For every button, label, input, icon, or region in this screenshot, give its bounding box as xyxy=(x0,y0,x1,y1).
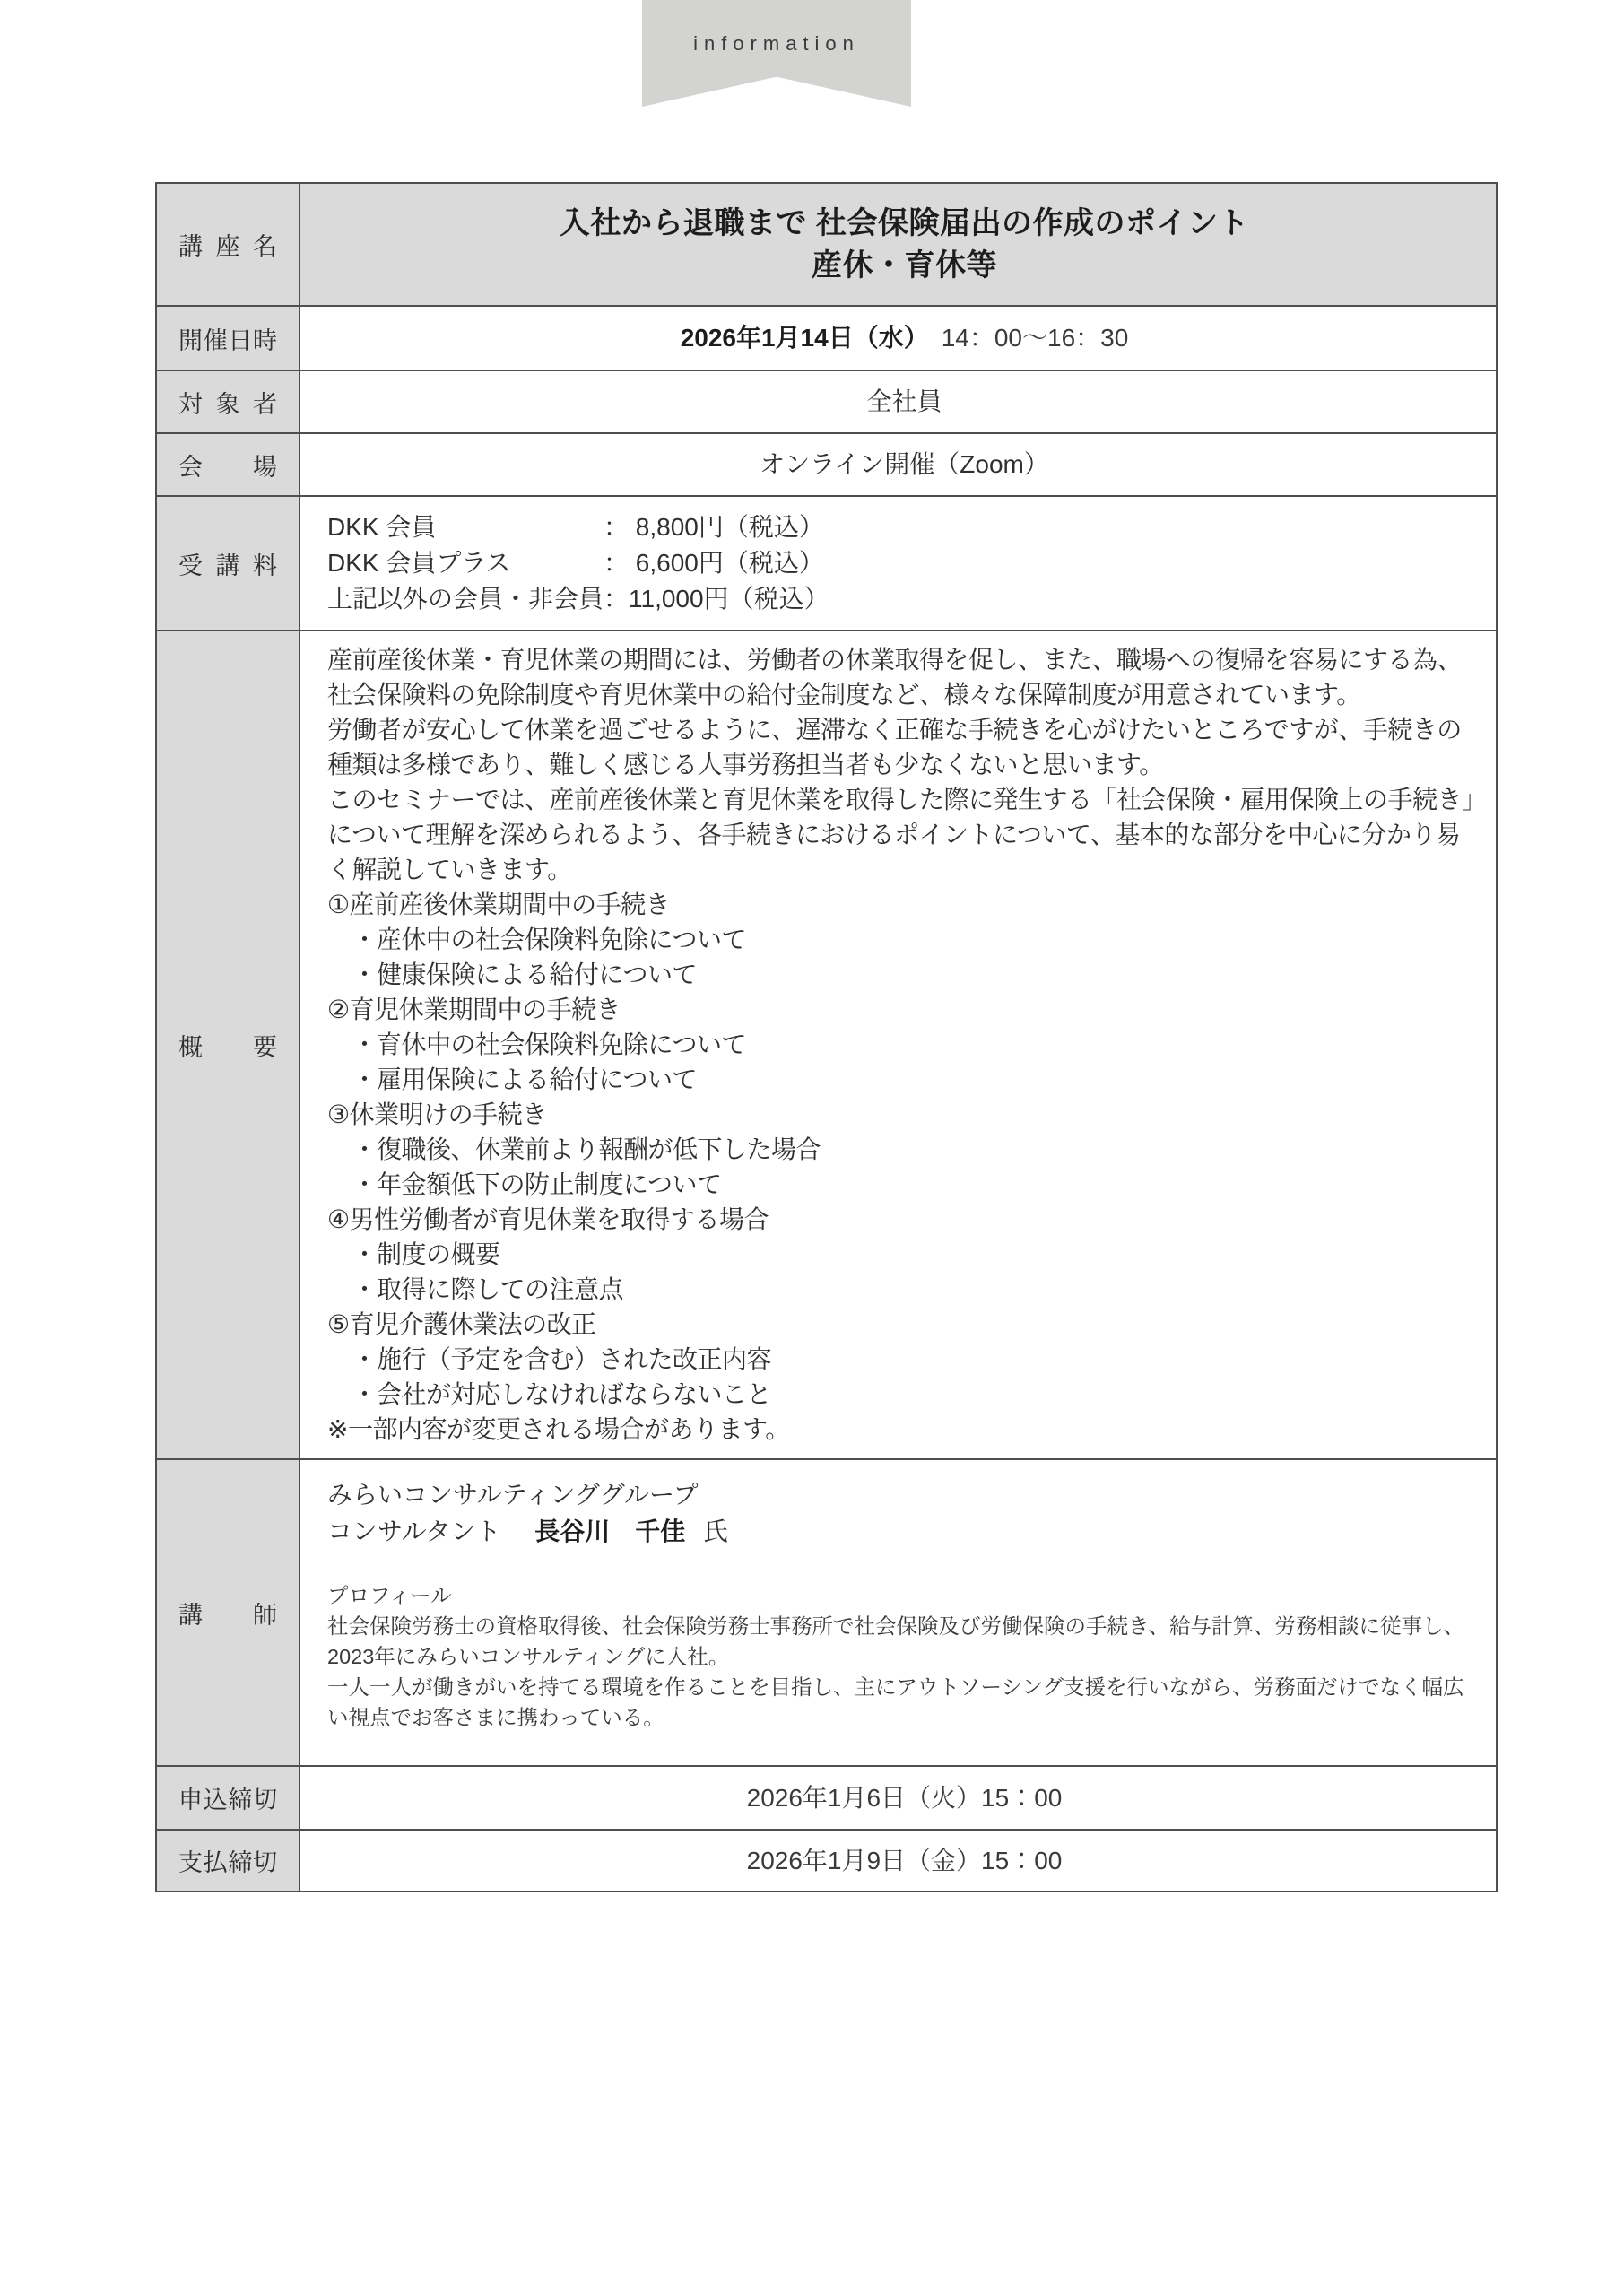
overview-line: 産前産後休業・育児休業の期間には、労働者の休業取得を促し、また、職場への復帰を容… xyxy=(327,642,1481,712)
page: { "banner": { "label": "information" }, … xyxy=(0,0,1624,2296)
seminar-info-table: 講座名 入社から退職まで 社会保険届出の作成のポイント 産休・育休等 開催日時 … xyxy=(155,182,1498,1892)
schedule-label-cell: 開催日時 xyxy=(157,307,300,370)
schedule-date: 2026年1月14日（水） xyxy=(681,320,929,356)
fee-line: DKK 会員プラス ： 6,600円（税込） xyxy=(327,545,1481,581)
overview-line: このセミナーでは、産前産後休業と育児休業を取得した際に発生する「社会保険・雇用保… xyxy=(327,782,1481,887)
course-name-label-cell: 講座名 xyxy=(157,184,300,305)
lecturer-content-cell: みらいコンサルティンググループ コンサルタント 長谷川 千佳 氏 プロフィール … xyxy=(300,1460,1496,1765)
payment-deadline-label-cell: 支払締切 xyxy=(157,1831,300,1891)
fee-label: 受講料 xyxy=(178,546,277,581)
audience-content-cell: 全社員 xyxy=(300,371,1496,432)
overview-line: ※一部内容が変更される場合があります。 xyxy=(327,1412,1481,1447)
course-title-line1: 入社から退職まで 社会保険届出の作成のポイント xyxy=(560,203,1249,245)
overview-line: ・雇用保険による給付について xyxy=(327,1062,1481,1097)
audience-label-cell: 対象者 xyxy=(157,371,300,432)
row-apply-deadline: 申込締切 2026年1月6日（火）15：00 xyxy=(157,1767,1496,1831)
lecturer-profile: 社会保険労務士の資格取得後、社会保険労務士事務所で社会保険及び労働保険の手続き、… xyxy=(327,1611,1481,1733)
row-fee: 受講料 DKK 会員 ： 8,800円（税込） DKK 会員プラス ： 6,60… xyxy=(157,497,1496,631)
lecturer-title-line: コンサルタント 長谷川 千佳 氏 xyxy=(327,1513,1481,1550)
overview-line: ④男性労働者が育児休業を取得する場合 xyxy=(327,1202,1481,1237)
fee-price: 11,000円（税込） xyxy=(629,581,829,617)
payment-deadline-content-cell: 2026年1月9日（金）15：00 xyxy=(300,1831,1496,1891)
lecturer-profile-heading: プロフィール xyxy=(327,1580,1481,1611)
schedule-content-cell: 2026年1月14日（水） 14：00～16：30 xyxy=(300,307,1496,370)
row-schedule: 開催日時 2026年1月14日（水） 14：00～16：30 xyxy=(157,307,1496,371)
fee-price: 8,800円（税込） xyxy=(629,509,824,545)
overview-line: ・会社が対応しなければならないこと xyxy=(327,1377,1481,1412)
venue-content-cell: オンライン開催（Zoom） xyxy=(300,434,1496,495)
overview-line: ・年金額低下の防止制度について xyxy=(327,1167,1481,1202)
overview-line: ・健康保険による給付について xyxy=(327,957,1481,992)
apply-deadline-label: 申込締切 xyxy=(178,1780,277,1815)
schedule-label: 開催日時 xyxy=(178,321,277,356)
overview-line: ・制度の概要 xyxy=(327,1237,1481,1272)
apply-deadline-label-cell: 申込締切 xyxy=(157,1767,300,1829)
overview-label-cell: 概要 xyxy=(157,631,300,1458)
schedule-time: 14：00～16：30 xyxy=(942,320,1129,356)
overview-line: ・育休中の社会保険料免除について xyxy=(327,1027,1481,1062)
lecturer-name: 長谷川 千佳 xyxy=(534,1518,685,1545)
fee-label-cell: 受講料 xyxy=(157,497,300,630)
lecturer-label: 講師 xyxy=(178,1596,277,1631)
overview-line: ③休業明けの手続き xyxy=(327,1097,1481,1132)
overview-content-cell: 産前産後休業・育児休業の期間には、労働者の休業取得を促し、また、職場への復帰を容… xyxy=(300,631,1496,1458)
course-name-content-cell: 入社から退職まで 社会保険届出の作成のポイント 産休・育休等 xyxy=(300,184,1496,305)
row-venue: 会場 オンライン開催（Zoom） xyxy=(157,434,1496,497)
overview-line: ・復職後、休業前より報酬が低下した場合 xyxy=(327,1132,1481,1167)
information-banner-label: information xyxy=(693,32,860,107)
fee-line: DKK 会員 ： 8,800円（税込） xyxy=(327,509,1481,545)
lecturer-profile-paragraph: 社会保険労務士の資格取得後、社会保険労務士事務所で社会保険及び労働保険の手続き、… xyxy=(327,1611,1481,1672)
fee-price: 6,600円（税込） xyxy=(629,545,824,581)
overview-line: ・産休中の社会保険料免除について xyxy=(327,922,1481,957)
fee-member-type: DKK 会員プラス xyxy=(327,545,604,581)
overview-line: 労働者が安心して休業を過ごせるように、遅滞なく正確な手続きを心がけたいところです… xyxy=(327,712,1481,782)
fee-colon: ： xyxy=(604,545,629,581)
information-banner: information xyxy=(642,0,911,107)
overview-line: ①産前産後休業期間中の手続き xyxy=(327,887,1481,922)
fee-member-type: DKK 会員 xyxy=(327,509,604,545)
overview-line: ⑤育児介護休業法の改正 xyxy=(327,1307,1481,1342)
fee-colon: ： xyxy=(604,581,629,617)
payment-deadline-value: 2026年1月9日（金）15：00 xyxy=(747,1843,1063,1879)
lecturer-role: コンサルタント xyxy=(327,1518,500,1545)
audience-value: 全社員 xyxy=(866,384,942,420)
fee-colon: ： xyxy=(604,509,629,545)
apply-deadline-content-cell: 2026年1月6日（火）15：00 xyxy=(300,1767,1496,1829)
audience-label: 対象者 xyxy=(178,385,277,420)
overview-line: ・取得に際しての注意点 xyxy=(327,1272,1481,1307)
overview-line: ・施行（予定を含む）された改正内容 xyxy=(327,1342,1481,1377)
lecturer-profile-paragraph: 一人一人が働きがいを持てる環境を作ることを目指し、主にアウトソーシング支援を行い… xyxy=(327,1672,1481,1733)
course-name-label: 講座名 xyxy=(178,227,277,262)
lecturer-company: みらいコンサルティンググループ xyxy=(327,1476,1481,1513)
venue-label-cell: 会場 xyxy=(157,434,300,495)
row-audience: 対象者 全社員 xyxy=(157,371,1496,434)
fee-line: 上記以外の会員・非会員 ： 11,000円（税込） xyxy=(327,581,1481,617)
row-overview: 概要 産前産後休業・育児休業の期間には、労働者の休業取得を促し、また、職場への復… xyxy=(157,631,1496,1460)
apply-deadline-value: 2026年1月6日（火）15：00 xyxy=(747,1780,1063,1816)
row-course-name: 講座名 入社から退職まで 社会保険届出の作成のポイント 産休・育休等 xyxy=(157,184,1496,307)
overview-label: 概要 xyxy=(178,1028,277,1063)
course-title-line2: 産休・育休等 xyxy=(812,245,997,287)
venue-label: 会場 xyxy=(178,448,277,483)
fee-member-type: 上記以外の会員・非会員 xyxy=(327,581,604,617)
lecturer-label-cell: 講師 xyxy=(157,1460,300,1765)
venue-value: オンライン開催（Zoom） xyxy=(760,447,1049,483)
overview-line: ②育児休業期間中の手続き xyxy=(327,992,1481,1027)
payment-deadline-label: 支払締切 xyxy=(178,1843,277,1878)
fee-content-cell: DKK 会員 ： 8,800円（税込） DKK 会員プラス ： 6,600円（税… xyxy=(300,497,1496,630)
row-lecturer: 講師 みらいコンサルティンググループ コンサルタント 長谷川 千佳 氏 プロフィ… xyxy=(157,1460,1496,1767)
lecturer-honorific: 氏 xyxy=(703,1518,728,1545)
row-payment-deadline: 支払締切 2026年1月9日（金）15：00 xyxy=(157,1831,1496,1891)
